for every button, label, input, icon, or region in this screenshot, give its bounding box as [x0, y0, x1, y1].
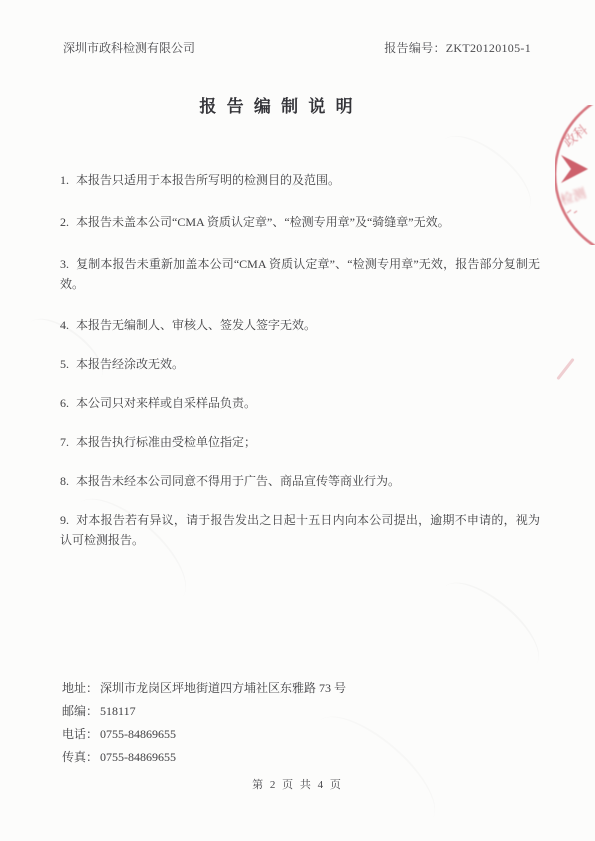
item-text: 本公司只对来样或自采样品负责。 — [76, 396, 256, 410]
seal-ink-trace — [556, 358, 574, 380]
scan-artifact — [427, 568, 552, 685]
fax-row: 传真：0755-84869655 — [62, 746, 535, 769]
report-number-value: ZKT20120105-1 — [446, 41, 531, 55]
address-row: 地址：深圳市龙岗区坪地街道四方埔社区东雅路 73 号 — [62, 677, 535, 700]
postcode-label: 邮编： — [62, 704, 98, 718]
item-text: 本报告未盖本公司“CMA 资质认定章”、“检测专用章”及“骑缝章”无效。 — [76, 215, 450, 229]
phone-row: 电话：0755-84869655 — [62, 723, 535, 746]
item-number: 3. — [60, 257, 69, 271]
address-value: 深圳市龙岗区坪地街道四方埔社区东雅路 73 号 — [100, 681, 346, 695]
page-header: 深圳市政科检测有限公司 报告编号：ZKT20120105-1 — [63, 39, 531, 56]
item-text: 对本报告若有异议，请于报告发出之日起十五日内向本公司提出，逾期不申请的，视为认可… — [60, 513, 540, 547]
list-item: 7.本报告执行标准由受检单位指定； — [60, 432, 540, 452]
phone-label: 电话： — [62, 727, 98, 741]
item-number: 1. — [60, 173, 69, 187]
company-name: 深圳市政科检测有限公司 — [63, 39, 195, 56]
fax-value: 0755-84869655 — [100, 750, 176, 764]
item-text: 本报告无编制人、审核人、签发人签字无效。 — [76, 318, 316, 332]
item-text: 本报告只适用于本报告所写明的检测目的及范围。 — [76, 173, 340, 187]
seal-small-marks — [567, 210, 577, 213]
list-item: 5.本报告经涂改无效。 — [60, 354, 540, 374]
seal-arc — [555, 105, 595, 245]
list-item: 2.本报告未盖本公司“CMA 资质认定章”、“检测专用章”及“骑缝章”无效。 — [60, 212, 540, 232]
item-number: 7. — [60, 435, 69, 449]
report-number: 报告编号：ZKT20120105-1 — [384, 39, 531, 56]
notes-list: 1.本报告只适用于本报告所写明的检测目的及范围。 2.本报告未盖本公司“CMA … — [60, 170, 540, 569]
seal-char-fragment-top: 政科 — [561, 122, 591, 150]
list-item: 4.本报告无编制人、审核人、签发人签字无效。 — [60, 315, 540, 335]
list-item: 6.本公司只对来样或自采样品负责。 — [60, 393, 540, 413]
list-item: 8.本报告未经本公司同意不得用于广告、商品宣传等商业行为。 — [60, 471, 540, 491]
seal-star-tip — [561, 155, 588, 183]
contact-block: 地址：深圳市龙岗区坪地街道四方埔社区东雅路 73 号 邮编：518117 电话：… — [62, 677, 535, 769]
address-label: 地址： — [62, 681, 98, 695]
list-item: 9.对本报告若有异议，请于报告发出之日起十五日内向本公司提出，逾期不申请的，视为… — [60, 510, 540, 550]
phone-value: 0755-84869655 — [100, 727, 176, 741]
list-item: 3.复制本报告未重新加盖本公司“CMA 资质认定章”、“检测专用章”无效，报告部… — [60, 254, 540, 294]
item-number: 2. — [60, 215, 69, 229]
item-text: 本报告经涂改无效。 — [76, 357, 184, 371]
seal-char-fragment-bottom: 检测 — [558, 185, 587, 207]
postcode-value: 518117 — [100, 704, 136, 718]
item-text: 本报告执行标准由受检单位指定； — [76, 435, 256, 449]
company-seal-stamp-icon: 政科 检测 — [555, 105, 595, 245]
item-number: 8. — [60, 474, 69, 488]
postcode-row: 邮编：518117 — [62, 700, 535, 723]
item-text: 复制本报告未重新加盖本公司“CMA 资质认定章”、“检测专用章”无效，报告部分复… — [60, 257, 540, 291]
report-number-label: 报告编号： — [384, 41, 446, 55]
item-number: 6. — [60, 396, 69, 410]
item-text: 本报告未经本公司同意不得用于广告、商品宣传等商业行为。 — [76, 474, 400, 488]
report-page: 深圳市政科检测有限公司 报告编号：ZKT20120105-1 报 告 编 制 说… — [0, 0, 595, 841]
item-number: 5. — [60, 357, 69, 371]
page-number: 第 2 页 共 4 页 — [0, 776, 595, 792]
item-number: 9. — [60, 513, 69, 527]
item-number: 4. — [60, 318, 69, 332]
page-title: 报 告 编 制 说 明 — [0, 92, 555, 117]
list-item: 1.本报告只适用于本报告所写明的检测目的及范围。 — [60, 170, 540, 190]
fax-label: 传真： — [62, 750, 98, 764]
